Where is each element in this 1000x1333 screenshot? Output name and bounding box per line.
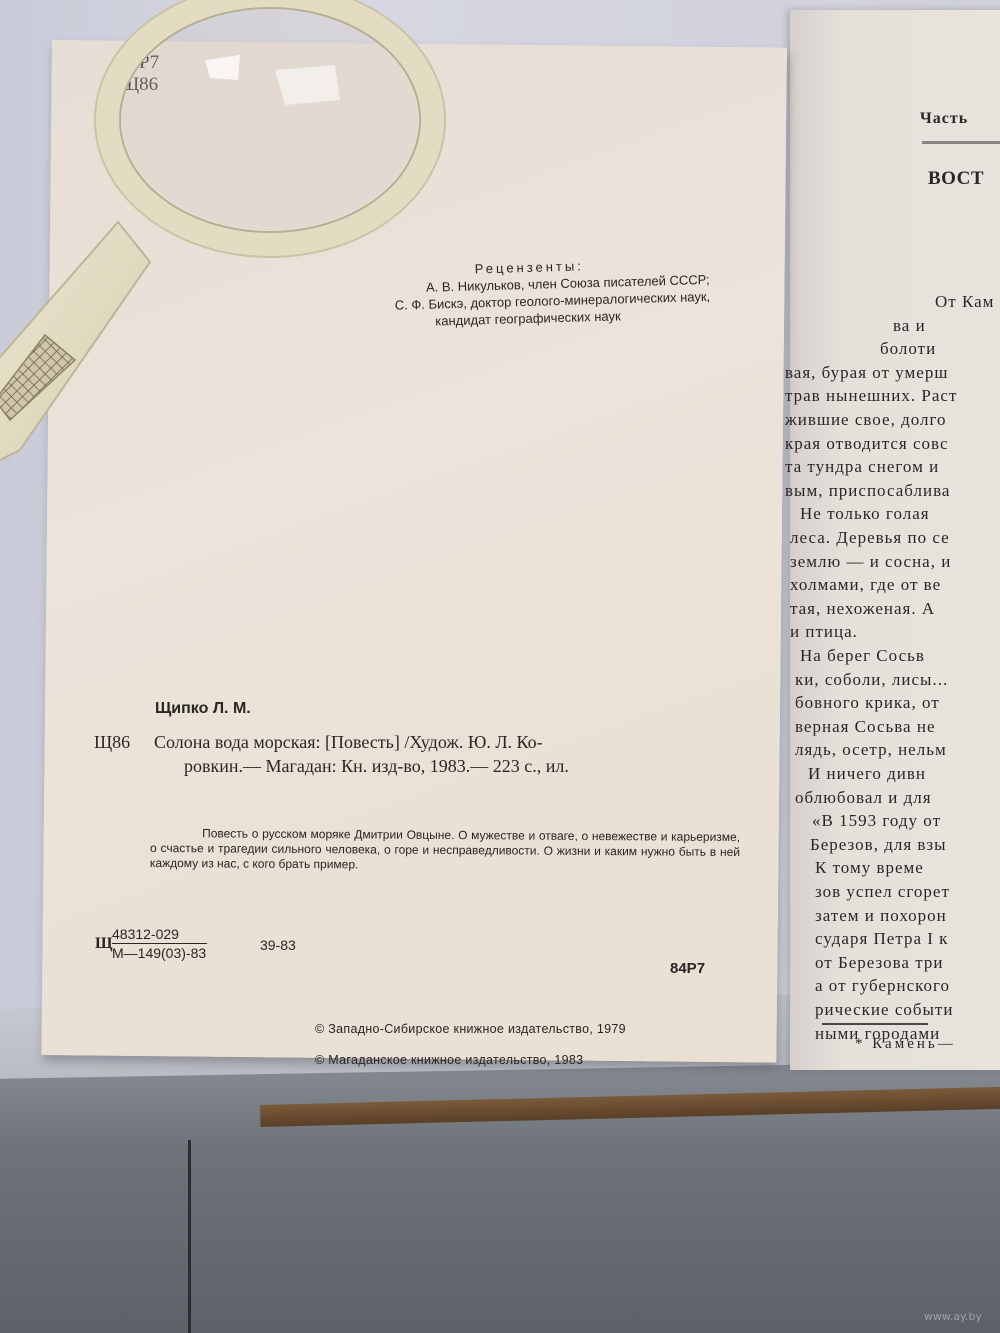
classification-top: 84Р7 Щ86	[120, 52, 159, 96]
footnote: * Камень—	[855, 1036, 956, 1053]
body-text-line: и птица.	[790, 622, 858, 642]
body-text-line: Не только голая	[800, 504, 930, 524]
body-text-line: трав нынешних. Раст	[785, 386, 957, 406]
body-text-line: а от губернского	[815, 976, 950, 996]
body-text-line: затем и похорон	[815, 906, 947, 926]
body-text-line: вая, бурая от умерш	[785, 363, 948, 383]
body-text-line: И ничего дивн	[808, 764, 926, 784]
body-text-line: облюбовал и для	[795, 788, 932, 808]
footnote-rule	[822, 1023, 928, 1025]
bbk-code: 84Р7	[670, 960, 705, 977]
copyright-line: © Магаданское книжное издательство, 1983	[315, 1053, 583, 1067]
index-numerator: 48312-029	[112, 925, 207, 944]
body-text-line: жившие свое, долго	[785, 410, 947, 430]
annotation: Повесть о русском моряке Дмитрии Овцыне.…	[150, 826, 740, 875]
body-text-line: лядь, осетр, нельм	[795, 740, 947, 760]
body-text-line: леса. Деревья по се	[790, 528, 950, 548]
heading-rule	[922, 141, 1000, 144]
bibliographic-line: Солона вода морская: [Повесть] /Худож. Ю…	[154, 730, 569, 754]
index-suffix: 39-83	[260, 937, 296, 953]
body-text-line: «В 1593 году от	[812, 811, 941, 831]
body-text-line: тая, нехоженая. А	[790, 599, 935, 619]
body-text-line: К тому време	[815, 858, 924, 878]
table-seam	[188, 1140, 191, 1333]
body-text-line: От Кам	[935, 292, 994, 312]
author-mark-top: Щ86	[120, 74, 159, 96]
body-text-line: болоти	[880, 339, 936, 359]
body-text-line: землю — и сосна, и	[790, 552, 951, 572]
catalog-code: Щ86	[94, 732, 130, 753]
reviewers-block: Рецензенты: А. В. Никульков, член Союза …	[269, 254, 711, 334]
body-text-line: та тундра снегом и	[785, 457, 939, 477]
body-text-line: края отводится совс	[785, 434, 949, 454]
imprint-page	[41, 40, 787, 1063]
body-text-line: сударя Петра I к	[815, 929, 948, 949]
bibliographic-record: Солона вода морская: [Повесть] /Худож. Ю…	[154, 730, 569, 778]
index-fraction: 48312-029 М—149(03)-83	[112, 925, 207, 962]
body-text-line: холмами, где от ве	[790, 575, 941, 595]
body-text-line: На берег Сосьв	[800, 646, 925, 666]
body-text-line: ки, соболи, лисы...	[795, 670, 948, 690]
part-heading: Часть	[920, 110, 968, 128]
body-text-line: вым, приспосаблива	[785, 481, 950, 501]
author-name: Щипко Л. М.	[155, 700, 251, 718]
body-text-line: зов успел сгорет	[815, 882, 950, 902]
index-prefix: Щ	[95, 935, 113, 953]
bibliographic-line: ровкин.— Магадан: Кн. изд-во, 1983.— 223…	[154, 754, 569, 778]
body-text-line: Березов, для взы	[810, 835, 947, 855]
bbk-code-top: 84Р7	[120, 52, 159, 74]
watermark: www.ay.by	[924, 1310, 982, 1323]
body-text-line: бовного крика, от	[795, 693, 940, 713]
body-text-line: от Березова три	[815, 953, 943, 973]
chapter-heading: ВОСТ	[928, 168, 984, 190]
body-text-line: верная Сосьва не	[795, 717, 936, 737]
body-text-line: рические событи	[815, 1000, 953, 1020]
copyright-line: © Западно-Сибирское книжное издательство…	[315, 1022, 626, 1036]
index-denominator: М—149(03)-83	[112, 944, 207, 962]
body-text-line: ва и	[893, 316, 926, 336]
